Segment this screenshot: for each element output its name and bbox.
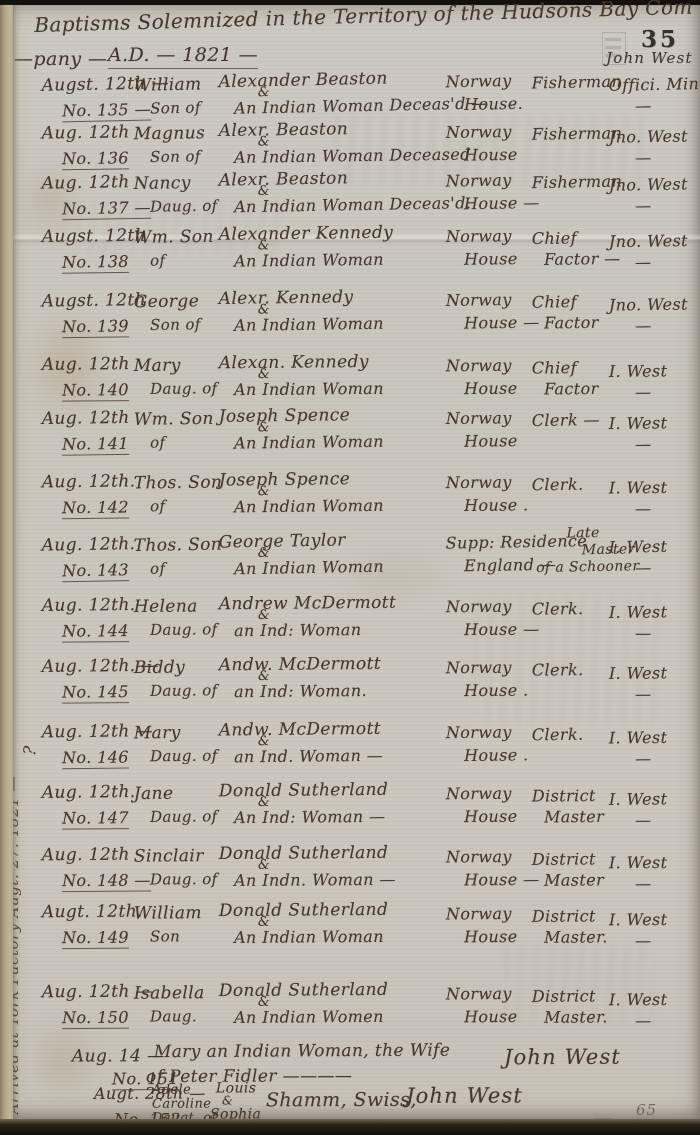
- register-title-year: A.D. — 1821 —: [108, 46, 258, 69]
- minister-flourish: —: [635, 687, 652, 704]
- child-relation: of: [150, 253, 166, 269]
- entry-number: No. 144: [62, 623, 129, 642]
- register-page: Baptisms Solemnized in the Territory of …: [4, 5, 700, 1119]
- place-line1: Norway: [445, 73, 511, 91]
- child-name: William: [134, 905, 202, 923]
- register-row: Aug. 12th.No. 142Thos. SonofJoseph Spenc…: [34, 468, 700, 535]
- child-relation: Daug. of: [150, 749, 218, 765]
- parent-father: Alexr. Beaston: [218, 170, 348, 190]
- child-name: Jane: [134, 786, 174, 804]
- parent-father: Alexr. Kennedy: [219, 289, 354, 309]
- child-name-line: Caroline: [152, 1098, 211, 1112]
- child-relation: Son of: [150, 317, 201, 333]
- entry-date: Aug. 14 —: [72, 1048, 165, 1066]
- torn-binding-edge: [0, 5, 13, 1119]
- entry-date: Aug. 12th.: [42, 597, 136, 616]
- occupation-line: Clerk.: [532, 662, 584, 679]
- child-relation: Daug. of: [150, 381, 218, 397]
- child-name: Mary: [134, 725, 181, 743]
- parent-father: Donald Sutherland: [219, 782, 389, 801]
- entry-number: No. 136: [62, 150, 129, 170]
- place-line2: House: [464, 433, 518, 450]
- parent-father: Alexr. Beaston: [219, 121, 349, 141]
- register-row: Aug. 12thNo. 148 —SinclairDaug. ofDonald…: [34, 843, 699, 908]
- occupation-line: Master: [544, 872, 604, 889]
- parent-mother: An Indian Women: [234, 1009, 384, 1027]
- place-line2: House: [464, 147, 518, 165]
- place-line1: Norway: [446, 660, 512, 677]
- ampersand: &: [222, 1094, 233, 1107]
- child-name: Wm. Son: [134, 411, 214, 430]
- entry-number: No. 150: [62, 1010, 129, 1029]
- occupation-line: Clerk.: [532, 477, 584, 494]
- place-line1: Norway: [446, 724, 512, 741]
- page-bottom-edge: [0, 1119, 700, 1135]
- child-name: William: [133, 76, 201, 95]
- place-line1: Norway: [446, 228, 512, 246]
- minister-flourish: —: [635, 318, 652, 335]
- place-line1: Norway: [446, 474, 512, 491]
- occupation-line: Clerk.: [532, 601, 584, 618]
- parent-mother: An Indian Woman: [234, 252, 384, 271]
- place-line2: House: [464, 809, 518, 826]
- parent-father: Andw. McDermott: [219, 721, 381, 741]
- entry-date: Augst. 12th: [42, 228, 147, 247]
- minister: I. West: [609, 855, 668, 872]
- entry-number: No. 143: [62, 562, 129, 582]
- place-line1: Norway: [446, 292, 512, 310]
- minister: Offici. Minist.: [609, 75, 700, 94]
- minister: I. West: [609, 415, 668, 433]
- child-name: Thos. Son: [134, 475, 223, 494]
- occupation-line: Chief: [532, 294, 577, 311]
- parent-mother: An Indian Woman: [234, 316, 384, 335]
- child-relation: Son of: [150, 149, 201, 165]
- entry-number: No. 139: [62, 318, 129, 338]
- minister: I. West: [609, 480, 668, 497]
- parent-mother: An Indian Woman: [234, 559, 384, 578]
- child-relation: of: [150, 435, 166, 451]
- parent-mother: An Indian Woman Deceased: [234, 147, 471, 167]
- minister: I. West: [609, 604, 668, 621]
- occupation-line: District: [532, 908, 596, 925]
- minister-flourish: —: [635, 933, 652, 950]
- entry-number: No. 138: [62, 254, 129, 274]
- place-line1: Norway: [446, 124, 512, 142]
- place-line1: Norway: [446, 599, 512, 616]
- parent-father: Andw. McDermott: [219, 656, 381, 675]
- occupation-line: District: [532, 788, 596, 805]
- entry-date: Augst. 12th: [42, 292, 147, 311]
- entry-number: No. 141: [62, 436, 129, 456]
- entry-date: Aug. 12th.: [42, 784, 136, 803]
- minister: I. West: [609, 730, 668, 747]
- occupation-line: Clerk.: [532, 727, 584, 744]
- parent-father: Andrew McDermott: [219, 595, 397, 614]
- child-relation: of: [150, 562, 166, 578]
- minister-flourish: —: [635, 876, 652, 893]
- minister: I. West: [609, 912, 668, 929]
- minister-flourish: —: [635, 751, 652, 768]
- child-relation: Daug. of: [150, 683, 218, 699]
- entry-date: Aug. 12th: [42, 124, 130, 143]
- child-relation: Daug.: [150, 1009, 197, 1025]
- child-name: Sinclair: [134, 848, 204, 866]
- register-row: Aug. 12th. —No. 145BiddyDaug. ofAndw. Mc…: [34, 653, 699, 719]
- occupation-line: Master.: [544, 929, 608, 946]
- entry-number: No. 142: [62, 499, 129, 518]
- occupation-line: of a Schooner: [536, 559, 640, 575]
- minister: John West: [504, 1046, 621, 1069]
- parent-mother: an Ind. Woman —: [234, 748, 383, 766]
- entry-date: Aug. 12th: [42, 174, 130, 193]
- parent-mother: an Ind: Woman.: [234, 683, 367, 701]
- register-row: Aug. 12th.No. 143Thos. SonofGeorge Taylo…: [34, 526, 700, 598]
- parent-mother: An Indn. Woman —: [234, 872, 396, 890]
- minister-flourish: —: [635, 813, 652, 830]
- place-line1: Norway: [446, 410, 512, 428]
- minister-flourish: —: [635, 501, 652, 518]
- place-line2: House.: [464, 96, 523, 114]
- occupation-line: Clerk —: [532, 412, 600, 430]
- child-name: Magnus: [134, 125, 206, 144]
- torn-edge-shadow: [13, 5, 21, 1119]
- entry-number: No. 149: [62, 930, 129, 949]
- child-name: Biddy: [134, 660, 185, 678]
- place-line2: House .: [464, 497, 529, 514]
- child-relation: Daug. of: [150, 872, 218, 888]
- parent-father: Joseph Spence: [219, 471, 351, 490]
- occupation-line: Factor: [544, 381, 599, 398]
- entry-number: No. 145: [62, 684, 129, 703]
- child-name: Wm. Son: [134, 229, 214, 248]
- occupation-line: Master.: [544, 1009, 608, 1026]
- place-line2: House —: [464, 621, 540, 638]
- pencil-folio-number: 65: [636, 1101, 657, 1119]
- parent-father: George Taylor: [218, 532, 345, 552]
- parent-mother: An Indian Woman Deceas'd.: [234, 195, 471, 216]
- register-row: Aug. 12th.No. 147JaneDaug. ofDonald Suth…: [34, 779, 699, 845]
- entry-line1: Mary an Indian Woman, the Wife: [154, 1043, 451, 1062]
- register-title-line2: —pany —: [14, 50, 107, 70]
- entry-number: No. 140: [62, 382, 129, 401]
- minister-flourish: —: [635, 560, 652, 577]
- child-relation: Son of: [150, 100, 201, 117]
- parent-mother: an Ind: Woman: [234, 622, 362, 640]
- family-note: Shamm, Swiss,: [266, 1091, 417, 1111]
- entry-date: Aug. 12th: [42, 356, 130, 375]
- parent-father: Donald Sutherland: [219, 845, 389, 864]
- parent-mother: An Indian Woman: [234, 498, 384, 516]
- place-line2: House: [464, 929, 518, 946]
- minister: I. West: [609, 363, 668, 380]
- minister: I. West: [609, 539, 668, 557]
- minister: I. West: [609, 791, 668, 808]
- parent-father: Joseph Spence: [219, 407, 351, 426]
- minister: Jno. West: [609, 129, 688, 147]
- occupation-line: Late: [566, 526, 599, 541]
- place-line2: House: [464, 1009, 518, 1026]
- minister: Jno. West: [609, 233, 688, 251]
- register-row: Aug. 12th.No. 144HelenaDaug. ofAndrew Mc…: [34, 592, 699, 658]
- child-relation: Daug. of: [150, 809, 218, 825]
- occupation-line: Factor —: [544, 251, 621, 269]
- minister: Jno. West: [609, 297, 688, 315]
- child-relation: Daug. of: [150, 622, 218, 638]
- entry-date: Aug. 12th.: [42, 473, 136, 492]
- child-relation: of: [150, 499, 166, 515]
- child-name: Thos. Son: [134, 537, 223, 556]
- place-line2: House: [464, 381, 518, 398]
- child-name: George: [134, 293, 200, 312]
- occupation-line: Factor: [544, 315, 599, 333]
- register-row: Augst. 12thNo. 138Wm. SonofAlexander Ken…: [34, 221, 700, 289]
- place-line1: Norway: [446, 172, 512, 190]
- minister-flourish: —: [635, 437, 652, 454]
- place-line2: House —: [464, 872, 540, 889]
- entry-number: No. 137 —: [62, 200, 151, 220]
- entry-number: No. 147: [62, 810, 129, 829]
- minister: I. West: [609, 665, 668, 682]
- minister-flourish: —: [635, 626, 652, 643]
- minister-flourish: —: [635, 255, 652, 272]
- child-name-line: Adele: [152, 1084, 191, 1098]
- child-name: Helena: [134, 598, 198, 616]
- parent-mother: An Ind: Woman —: [234, 809, 386, 827]
- parent-father: Alexander Beaston: [218, 71, 387, 92]
- minister-flourish: —: [635, 198, 652, 215]
- parent-mother: An Indian Woman: [234, 381, 384, 399]
- child-name: Nancy: [134, 175, 191, 194]
- parent-father: Alexander Kennedy: [219, 225, 394, 245]
- entry-date: Aug. 12th: [42, 410, 130, 429]
- place-line2: House .: [464, 683, 529, 700]
- entry-date: Aug. 12th: [42, 847, 130, 865]
- parent-father: Donald Sutherland: [219, 982, 389, 1001]
- entry-date: Aug. 12th.: [42, 536, 136, 555]
- occupation-line: District: [532, 851, 596, 868]
- minister-flourish: —: [635, 98, 652, 115]
- place-line1: Norway: [446, 986, 512, 1003]
- entry-number: No. 135 —: [62, 102, 151, 123]
- register-row: Aug. 12th —No. 150IsabellaDaug.Donald Su…: [34, 980, 699, 1045]
- parent-mother: An Indian Woman: [234, 434, 384, 453]
- minister-flourish: —: [635, 385, 652, 402]
- place-line1: Norway: [446, 849, 512, 866]
- place-line2: House —: [464, 195, 540, 213]
- occupation-line: Chief: [532, 230, 577, 247]
- minister: Jno. West: [609, 176, 688, 194]
- parent-mother: An Indian Woman Deceas'd —: [234, 95, 488, 117]
- child-relation: Daug. of: [150, 199, 218, 216]
- place-line2: House: [464, 251, 518, 268]
- register-row: Aug. 12thNo. 141Wm. SonofJoseph Spence&A…: [34, 403, 700, 471]
- parent-mother: An Indian Woman: [234, 929, 384, 947]
- child-name: Isabella: [134, 985, 205, 1003]
- place-line2: House .: [464, 747, 529, 764]
- entry-number: No. 146: [62, 749, 129, 768]
- place-line1: Norway: [446, 358, 512, 375]
- minister: I. West: [609, 992, 668, 1009]
- child-relation: Son: [150, 929, 180, 945]
- entry-number: No. 148 —: [62, 873, 151, 892]
- child-name: Mary: [134, 358, 181, 376]
- register-row: Augt. 12th.No. 149WilliamSonDonald Suthe…: [34, 900, 699, 965]
- entry-date: Augt. 12th.: [42, 904, 143, 923]
- occupation-line: District: [532, 988, 596, 1005]
- minister-flourish: —: [635, 1013, 652, 1030]
- parent-father: Alexan. Kennedy: [219, 354, 369, 373]
- register-row: Aug. 12th —No. 146MaryDaug. ofAndw. McDe…: [34, 718, 700, 785]
- minister: John West: [406, 1084, 523, 1106]
- parent-father: Donald Sutherland: [219, 902, 389, 921]
- register-row: Augst. 12thNo. 139GeorgeSon ofAlexr. Ken…: [34, 284, 700, 353]
- place-line1: Norway: [446, 786, 512, 803]
- occupation-line: Master: [544, 809, 604, 826]
- occupation-line: Chief: [532, 360, 577, 377]
- place-line2: House —: [464, 315, 540, 333]
- place-line1: Norway: [446, 906, 512, 923]
